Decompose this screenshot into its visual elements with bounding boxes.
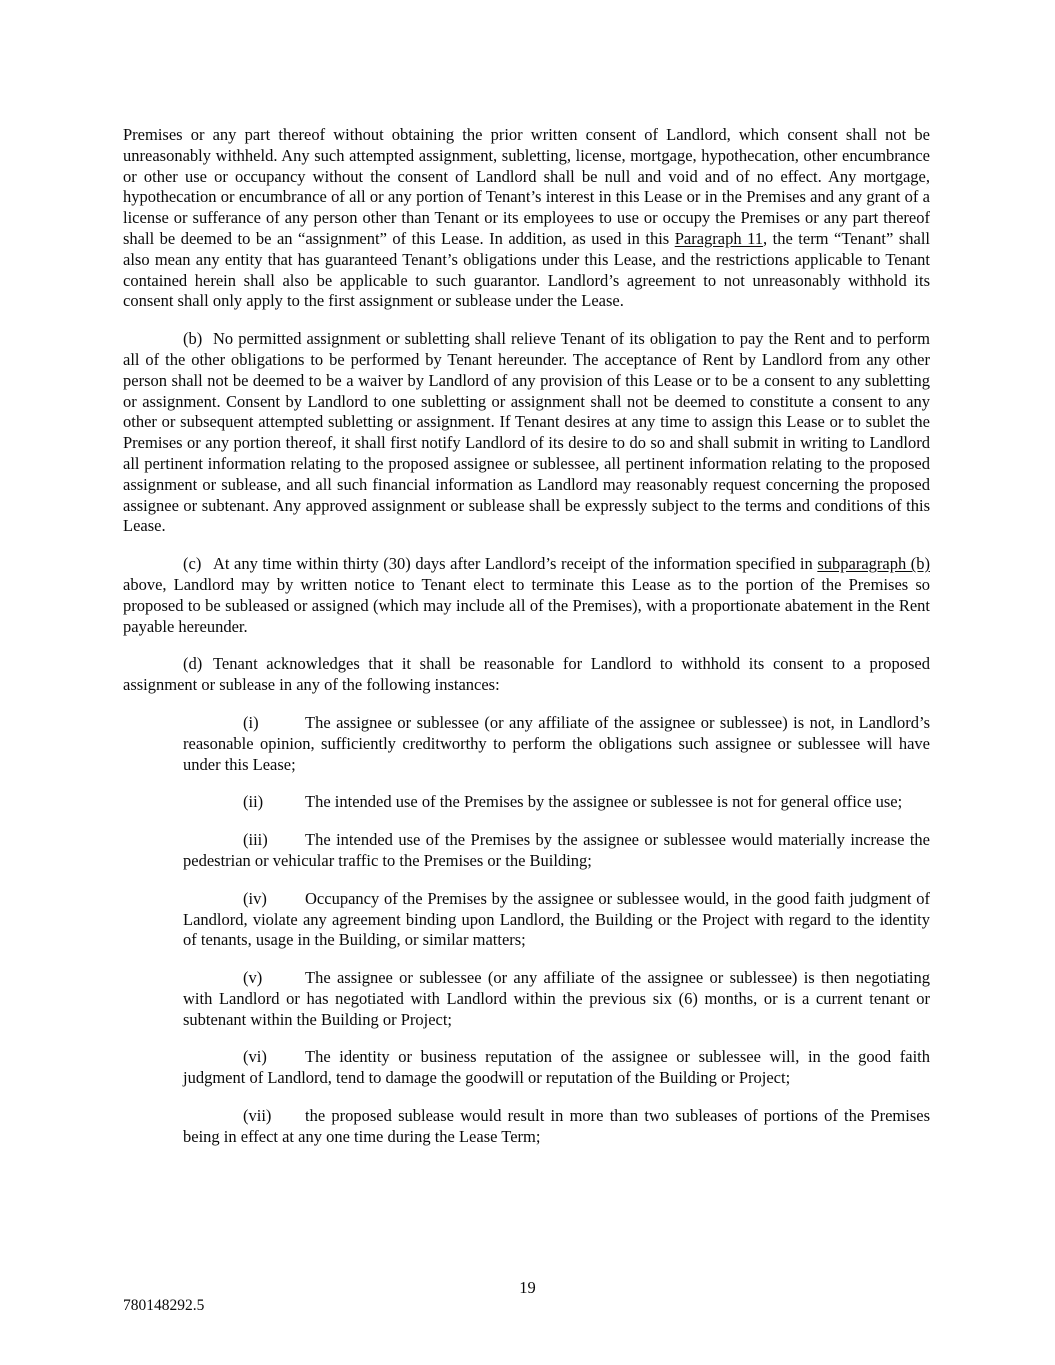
subparagraph-iii-label: (iii) [243, 830, 305, 851]
subparagraph-v: (v)The assignee or sublessee (or any aff… [183, 968, 930, 1030]
subparagraph-ii: (ii)The intended use of the Premises by … [183, 792, 930, 813]
subparagraph-ii-label: (ii) [243, 792, 305, 813]
paragraph-b-label: (b) [183, 329, 213, 350]
body-text: No permitted assignment or subletting sh… [123, 329, 930, 535]
body-text: above, Landlord may by written notice to… [123, 575, 930, 636]
paragraph-11-reference: Paragraph 11 [675, 229, 763, 248]
paragraph-b: (b)No permitted assignment or subletting… [123, 329, 930, 537]
lease-document-page: Premises or any part thereof without obt… [0, 0, 1055, 1365]
subparagraph-i-label: (i) [243, 713, 305, 734]
subparagraph-b-reference: subparagraph (b) [817, 554, 930, 573]
body-text: At any time within thirty (30) days afte… [213, 554, 817, 573]
subparagraph-iv: (iv)Occupancy of the Premises by the ass… [183, 889, 930, 951]
paragraph-c-label: (c) [183, 554, 213, 575]
paragraph-continuation: Premises or any part thereof without obt… [123, 125, 930, 312]
page-number: 19 [0, 1278, 1055, 1298]
subparagraph-vi-label: (vi) [243, 1047, 305, 1068]
document-body: Premises or any part thereof without obt… [123, 125, 930, 1165]
subparagraph-vi: (vi)The identity or business reputation … [183, 1047, 930, 1089]
paragraph-c: (c)At any time within thirty (30) days a… [123, 554, 930, 637]
paragraph-d-label: (d) [183, 654, 213, 675]
body-text: The intended use of the Premises by the … [305, 792, 902, 811]
subparagraph-vii-label: (vii) [243, 1106, 305, 1127]
paragraph-d: (d)Tenant acknowledges that it shall be … [123, 654, 930, 696]
body-text: Tenant acknowledges that it shall be rea… [123, 654, 930, 694]
subparagraph-iv-label: (iv) [243, 889, 305, 910]
subparagraph-iii: (iii)The intended use of the Premises by… [183, 830, 930, 872]
subparagraph-i: (i)The assignee or sublessee (or any aff… [183, 713, 930, 775]
subparagraph-v-label: (v) [243, 968, 305, 989]
document-id-footer: 780148292.5 [123, 1297, 204, 1315]
subparagraph-vii: (vii)the proposed sublease would result … [183, 1106, 930, 1148]
